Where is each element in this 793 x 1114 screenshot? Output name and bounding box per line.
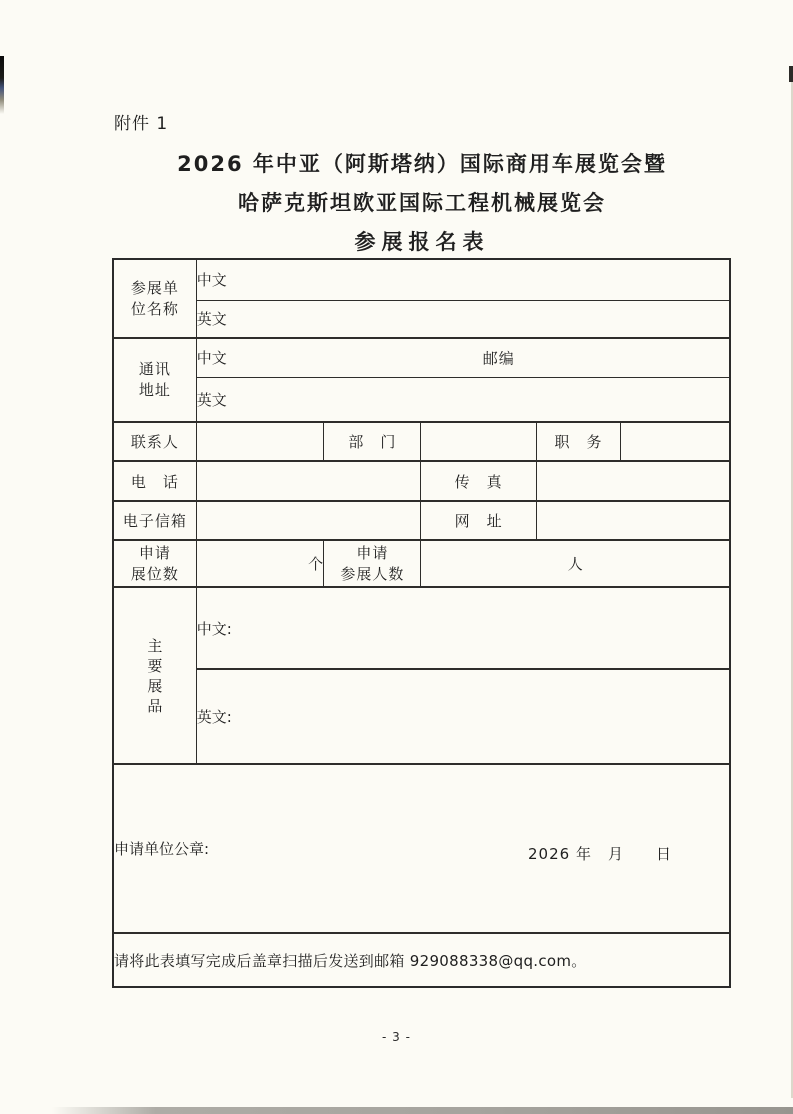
department-value-cell bbox=[421, 422, 536, 461]
contact-label: 联系人 bbox=[113, 422, 196, 461]
main-exhibits-en-cell: 英文: bbox=[196, 669, 730, 764]
contact-value-cell bbox=[196, 422, 323, 461]
address-label: 通讯 地址 bbox=[113, 338, 196, 422]
people-count-unit: 人 bbox=[568, 555, 583, 573]
email-label: 电子信箱 bbox=[113, 501, 196, 540]
title-line-1: 2026 年中亚（阿斯塔纳）国际商用车展览会暨 bbox=[113, 145, 731, 184]
unit-name-cn-cell: 中文 bbox=[196, 259, 730, 300]
scan-artifact-bottom-edge bbox=[52, 1107, 793, 1114]
scan-artifact-right-top bbox=[789, 66, 793, 82]
registration-form-table: 参展单 位名称 中文 英文 通讯 地址 中文 邮编 bbox=[112, 258, 731, 988]
scan-artifact-left-edge bbox=[0, 56, 4, 114]
booth-count-unit: 个 bbox=[308, 555, 323, 573]
address-cn-label: 中文 bbox=[197, 349, 227, 367]
website-value-cell bbox=[536, 501, 730, 540]
booth-count-value-cell: 个 bbox=[196, 540, 323, 587]
submission-note: 请将此表填写完成后盖章扫描后发送到邮箱 929088338@qq.com。 bbox=[113, 933, 730, 987]
job-title-value-cell bbox=[621, 422, 730, 461]
email-value-cell bbox=[196, 501, 421, 540]
phone-value-cell bbox=[196, 461, 421, 501]
main-exhibits-cn-label: 中文: bbox=[197, 620, 232, 638]
main-exhibits-en-label: 英文: bbox=[197, 708, 232, 726]
address-en-cell: 英文 bbox=[196, 377, 730, 422]
main-exhibits-label: 主 要 展 品 bbox=[113, 587, 196, 764]
main-exhibits-cn-cell: 中文: bbox=[196, 587, 730, 669]
scanned-page: 附件 1 2026 年中亚（阿斯塔纳）国际商用车展览会暨 哈萨克斯坦欧亚国际工程… bbox=[0, 0, 793, 1114]
page-number: - 3 - bbox=[0, 1030, 793, 1044]
phone-label: 电 话 bbox=[113, 461, 196, 501]
seal-label: 申请单位公章: bbox=[114, 840, 209, 858]
department-label: 部 门 bbox=[324, 422, 421, 461]
fax-label: 传 真 bbox=[421, 461, 536, 501]
booth-count-label: 申请 展位数 bbox=[113, 540, 196, 587]
title-line-3: 参展报名表 bbox=[113, 223, 731, 262]
address-cn-cell: 中文 邮编 bbox=[196, 338, 730, 377]
postal-code-label: 邮编 bbox=[483, 347, 515, 368]
unit-name-en-cell: 英文 bbox=[196, 300, 730, 338]
seal-date-line: 2026 年 月 日 bbox=[528, 843, 672, 864]
unit-name-en-label: 英文 bbox=[197, 310, 227, 328]
unit-name-label: 参展单 位名称 bbox=[113, 259, 196, 338]
fax-value-cell bbox=[536, 461, 730, 501]
title-line-2: 哈萨克斯坦欧亚国际工程机械展览会 bbox=[113, 184, 731, 223]
people-count-value-cell: 人 bbox=[421, 540, 730, 587]
unit-name-cn-label: 中文 bbox=[197, 271, 227, 289]
seal-cell: 申请单位公章: 2026 年 月 日 bbox=[113, 764, 730, 933]
job-title-label: 职 务 bbox=[536, 422, 620, 461]
document-title: 2026 年中亚（阿斯塔纳）国际商用车展览会暨 哈萨克斯坦欧亚国际工程机械展览会… bbox=[113, 145, 731, 262]
address-en-label: 英文 bbox=[197, 391, 227, 409]
website-label: 网 址 bbox=[421, 501, 536, 540]
people-count-label: 申请 参展人数 bbox=[324, 540, 421, 587]
attachment-label: 附件 1 bbox=[114, 109, 168, 134]
